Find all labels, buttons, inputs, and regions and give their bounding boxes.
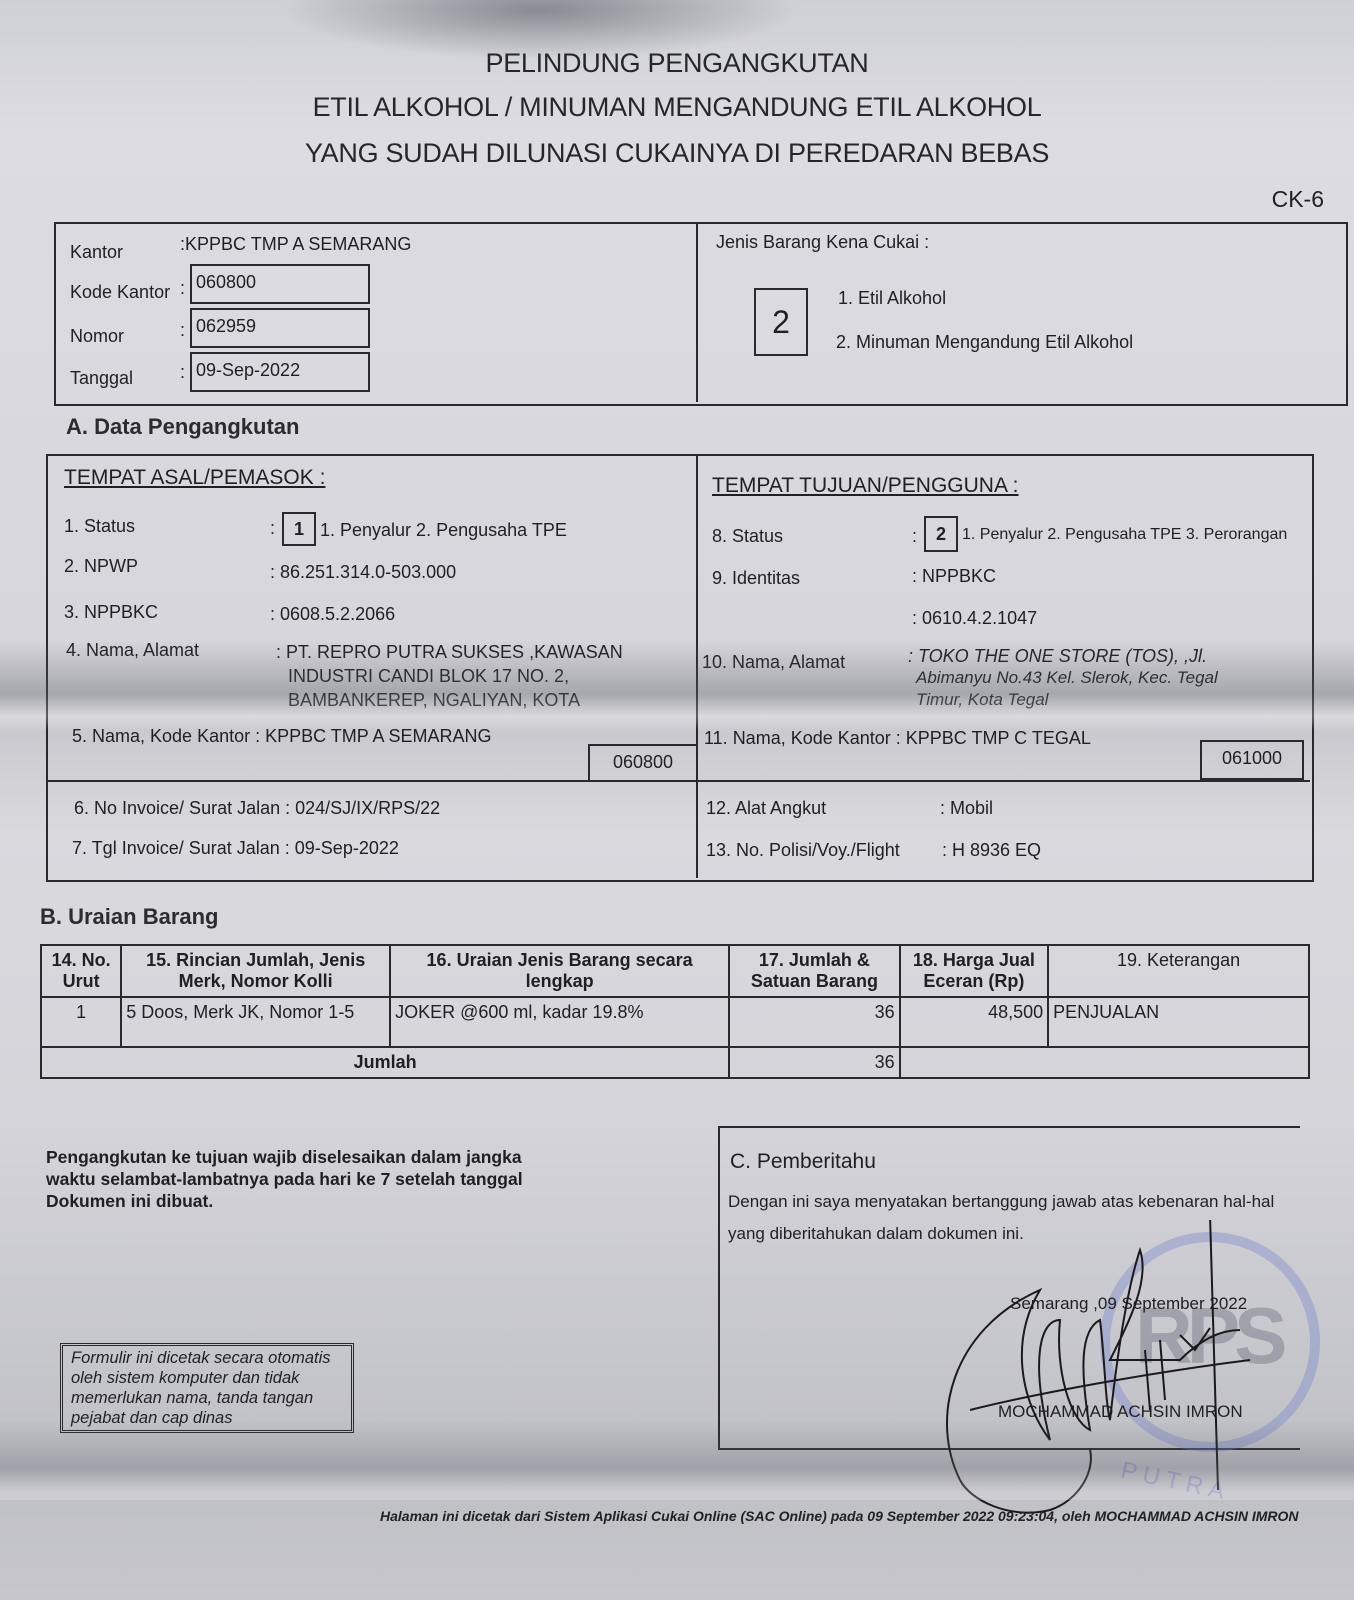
row-rincian: 5 Doos, Merk JK, Nomor 1-5 <box>121 997 390 1047</box>
total-value: 36 <box>729 1047 900 1078</box>
transport-divider <box>696 454 698 878</box>
colon: : <box>180 362 185 383</box>
origin-nama-line1: : PT. REPRO PUTRA SUKSES ,KAWASAN <box>276 642 623 663</box>
col-keterangan: 19. Keterangan <box>1048 945 1309 997</box>
identitas-number: : 0610.4.2.1047 <box>912 608 1037 629</box>
col-no-urut: 14. No. Urut <box>41 945 121 997</box>
col-uraian: 16. Uraian Jenis Barang secara lengkap <box>390 945 729 997</box>
col-rincian: 15. Rincian Jumlah, Jenis Merk, Nomor Ko… <box>121 945 390 997</box>
dest-nama-line2: Abimanyu No.43 Kel. Slerok, Kec. Tegal <box>916 668 1218 688</box>
origin-nama-label: 4. Nama, Alamat <box>66 640 199 661</box>
origin-office-label: 5. Nama, Kode Kantor : KPPBC TMP A SEMAR… <box>72 726 492 747</box>
polisi-label: 13. No. Polisi/Voy./Flight <box>706 840 900 861</box>
row-jumlah: 36 <box>729 997 900 1047</box>
print-footer: Halaman ini dicetak dari Sistem Aplikasi… <box>380 1508 1299 1524</box>
total-empty <box>900 1047 1309 1078</box>
invoice-date: 7. Tgl Invoice/ Surat Jalan : 09-Sep-202… <box>72 838 399 859</box>
origin-status-selected: 1 <box>282 512 316 546</box>
ck6-document: PELINDUNG PENGANGKUTAN ETIL ALKOHOL / MI… <box>0 0 1354 1600</box>
table-row: 1 5 Doos, Merk JK, Nomor 1-5 JOKER @600 … <box>41 997 1309 1047</box>
origin-office-code: 060800 <box>588 744 698 782</box>
origin-nama-line2: INDUSTRI CANDI BLOK 17 NO. 2, <box>288 666 569 687</box>
alat-angkut-value: : Mobil <box>940 798 993 819</box>
dest-office-code: 061000 <box>1200 740 1304 780</box>
row-harga: 48,500 <box>900 997 1048 1047</box>
tanggal-field: 09-Sep-2022 <box>190 352 370 392</box>
dest-nama-line3: Timur, Kota Tegal <box>916 690 1048 710</box>
dest-status-options: 1. Penyalur 2. Pengusaha TPE 3. Perorang… <box>962 526 1287 544</box>
npwp-value: : 86.251.314.0-503.000 <box>270 562 456 583</box>
document-title-line2: ETIL ALKOHOL / MINUMAN MENGANDUNG ETIL A… <box>0 92 1354 123</box>
goods-type-selected: 2 <box>754 288 808 356</box>
dest-nama-line1: : TOKO THE ONE STORE (TOS), ,Jl. <box>908 646 1207 667</box>
goods-type-option-1: 1. Etil Alkohol <box>838 288 946 309</box>
kode-kantor-label: Kode Kantor <box>70 282 170 303</box>
section-c-heading: C. Pemberitahu <box>730 1150 876 1174</box>
tanggal-label: Tanggal <box>70 368 133 389</box>
kode-kantor-field: 060800 <box>190 264 370 304</box>
origin-status-options: 1. Penyalur 2. Pengusaha TPE <box>320 520 567 541</box>
npwp-label: 2. NPWP <box>64 556 138 577</box>
polisi-value: : H 8936 EQ <box>942 840 1041 861</box>
identitas-value: : NPPBKC <box>912 566 996 587</box>
destination-heading: TEMPAT TUJUAN/PENGGUNA : <box>712 474 1019 498</box>
col-jumlah: 17. Jumlah & Satuan Barang <box>729 945 900 997</box>
colon: : <box>270 518 275 539</box>
section-b-heading: B. Uraian Barang <box>40 904 219 930</box>
origin-nama-line3: BAMBANKEREP, NGALIYAN, KOTA <box>288 690 580 711</box>
dest-nama-label: 10. Nama, Alamat <box>702 652 845 673</box>
deadline-notice: Pengangkutan ke tujuan wajib diselesaika… <box>46 1146 526 1212</box>
goods-type-option-2: 2. Minuman Mengandung Etil Alkohol <box>836 332 1133 353</box>
row-no: 1 <box>41 997 121 1047</box>
kantor-label: Kantor <box>70 242 123 263</box>
origin-nppbkc-value: : 0608.5.2.2066 <box>270 604 395 625</box>
document-title-line1: PELINDUNG PENGANGKUTAN <box>0 48 1354 79</box>
document-title-line3: YANG SUDAH DILUNASI CUKAINYA DI PEREDARA… <box>0 138 1354 169</box>
origin-heading: TEMPAT ASAL/PEMASOK : <box>64 466 325 490</box>
items-header-row: 14. No. Urut 15. Rincian Jumlah, Jenis M… <box>41 945 1309 997</box>
nomor-field: 062959 <box>190 308 370 348</box>
invoice-number: 6. No Invoice/ Surat Jalan : 024/SJ/IX/R… <box>74 798 440 819</box>
row-uraian: JOKER @600 ml, kadar 19.8% <box>390 997 729 1047</box>
col-harga: 18. Harga Jual Eceran (Rp) <box>900 945 1048 997</box>
origin-status-label: 1. Status <box>64 516 135 537</box>
colon: : <box>180 320 185 341</box>
total-label: Jumlah <box>41 1047 729 1078</box>
row-keterangan: PENJUALAN <box>1048 997 1309 1047</box>
dest-status-selected: 2 <box>924 516 958 552</box>
signature-icon <box>930 1220 1290 1520</box>
print-note-box: Formulir ini dicetak secara otomatis ole… <box>60 1343 354 1433</box>
colon: : <box>912 526 917 547</box>
goods-type-label: Jenis Barang Kena Cukai : <box>716 232 929 253</box>
colon: : <box>180 278 185 299</box>
total-row: Jumlah 36 <box>41 1047 1309 1078</box>
dest-status-label: 8. Status <box>712 526 783 547</box>
items-table: 14. No. Urut 15. Rincian Jumlah, Jenis M… <box>40 944 1310 1079</box>
kantor-value: :KPPBC TMP A SEMARANG <box>180 234 411 255</box>
form-code: CK-6 <box>1272 186 1324 213</box>
dest-office-label: 11. Nama, Kode Kantor : KPPBC TMP C TEGA… <box>704 728 1091 749</box>
nomor-label: Nomor <box>70 326 124 347</box>
office-divider <box>696 222 698 402</box>
alat-angkut-label: 12. Alat Angkut <box>706 798 826 819</box>
section-a-heading: A. Data Pengangkutan <box>66 414 299 440</box>
origin-nppbkc-label: 3. NPPBKC <box>64 602 158 623</box>
identitas-label: 9. Identitas <box>712 568 800 589</box>
